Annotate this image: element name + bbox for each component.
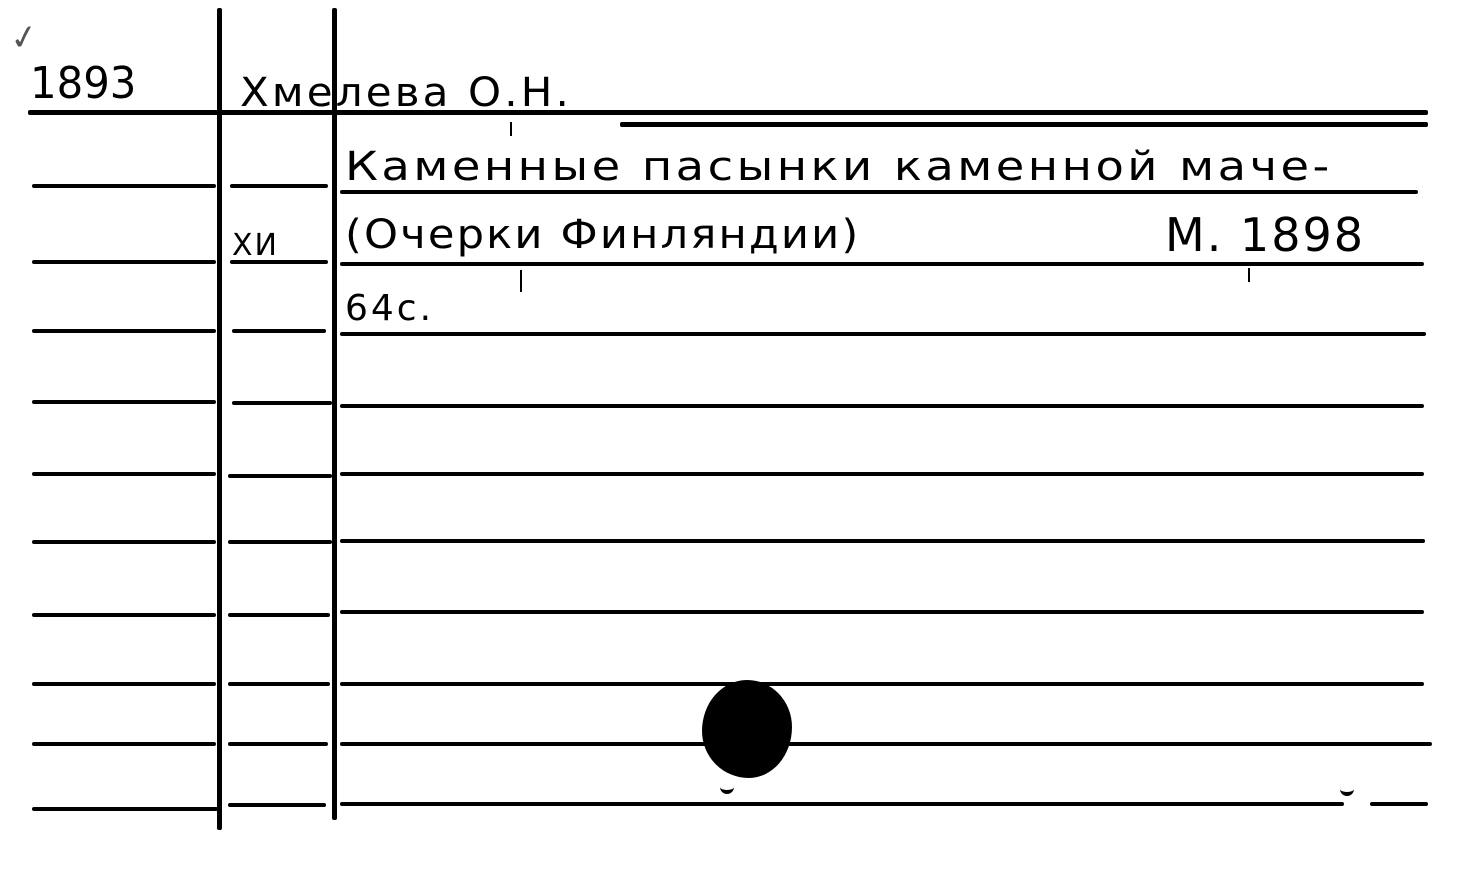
ruled-line [32,682,216,686]
ruled-line [340,539,1425,543]
ruled-line [228,742,328,746]
ruled-line [228,613,330,617]
ruled-line [340,472,1424,476]
ruled-line [228,474,332,478]
ruled-line [32,807,218,811]
ruled-line [232,401,332,405]
paper-nick [1340,784,1354,796]
column-divider-right [332,8,337,820]
ruled-line [228,803,326,807]
ruled-line [32,472,216,476]
ruled-line [340,332,1426,336]
ink-tick [1248,268,1250,282]
card-shelf-mark: ХИ [232,228,279,263]
ruled-line [32,613,216,617]
catalog-card: ✓ 1893 Хмелева О.Н. ХИ Каменные п [0,0,1472,872]
ruled-line [228,540,332,544]
ruled-line [340,190,1418,194]
card-year: 1893 [30,58,136,109]
ruled-line [32,742,216,746]
ink-tick [510,122,512,136]
ruled-line [340,802,1344,806]
card-title-line-2: (Очерки Финляндии) [345,212,860,258]
ruled-line [340,742,1432,746]
check-mark-icon: ✓ [7,16,42,60]
ruled-line [230,184,328,188]
ruled-line [32,540,216,544]
ruled-line [340,610,1424,614]
paper-nick [720,782,734,794]
header-rule [28,110,1428,115]
header-rule-right [620,122,1428,127]
ruled-line [32,400,216,404]
card-title-line-1: Каменные пасынки каменной мачe- [345,144,1333,190]
ruled-line [232,329,326,333]
ink-tick [520,270,522,292]
card-author: Хмелева О.Н. [240,70,572,116]
card-pagination: 64с. [345,288,434,329]
ruled-line [340,682,1424,686]
ruled-line [32,184,216,188]
ruled-line [32,329,216,333]
ruled-line [340,262,1424,266]
ruled-line [1370,802,1428,806]
column-divider-left [217,8,222,830]
card-imprint: М. 1898 [1165,208,1365,262]
ruled-line [32,260,216,264]
ruled-line [228,682,330,686]
ruled-line [340,404,1424,408]
punch-hole [702,680,792,778]
